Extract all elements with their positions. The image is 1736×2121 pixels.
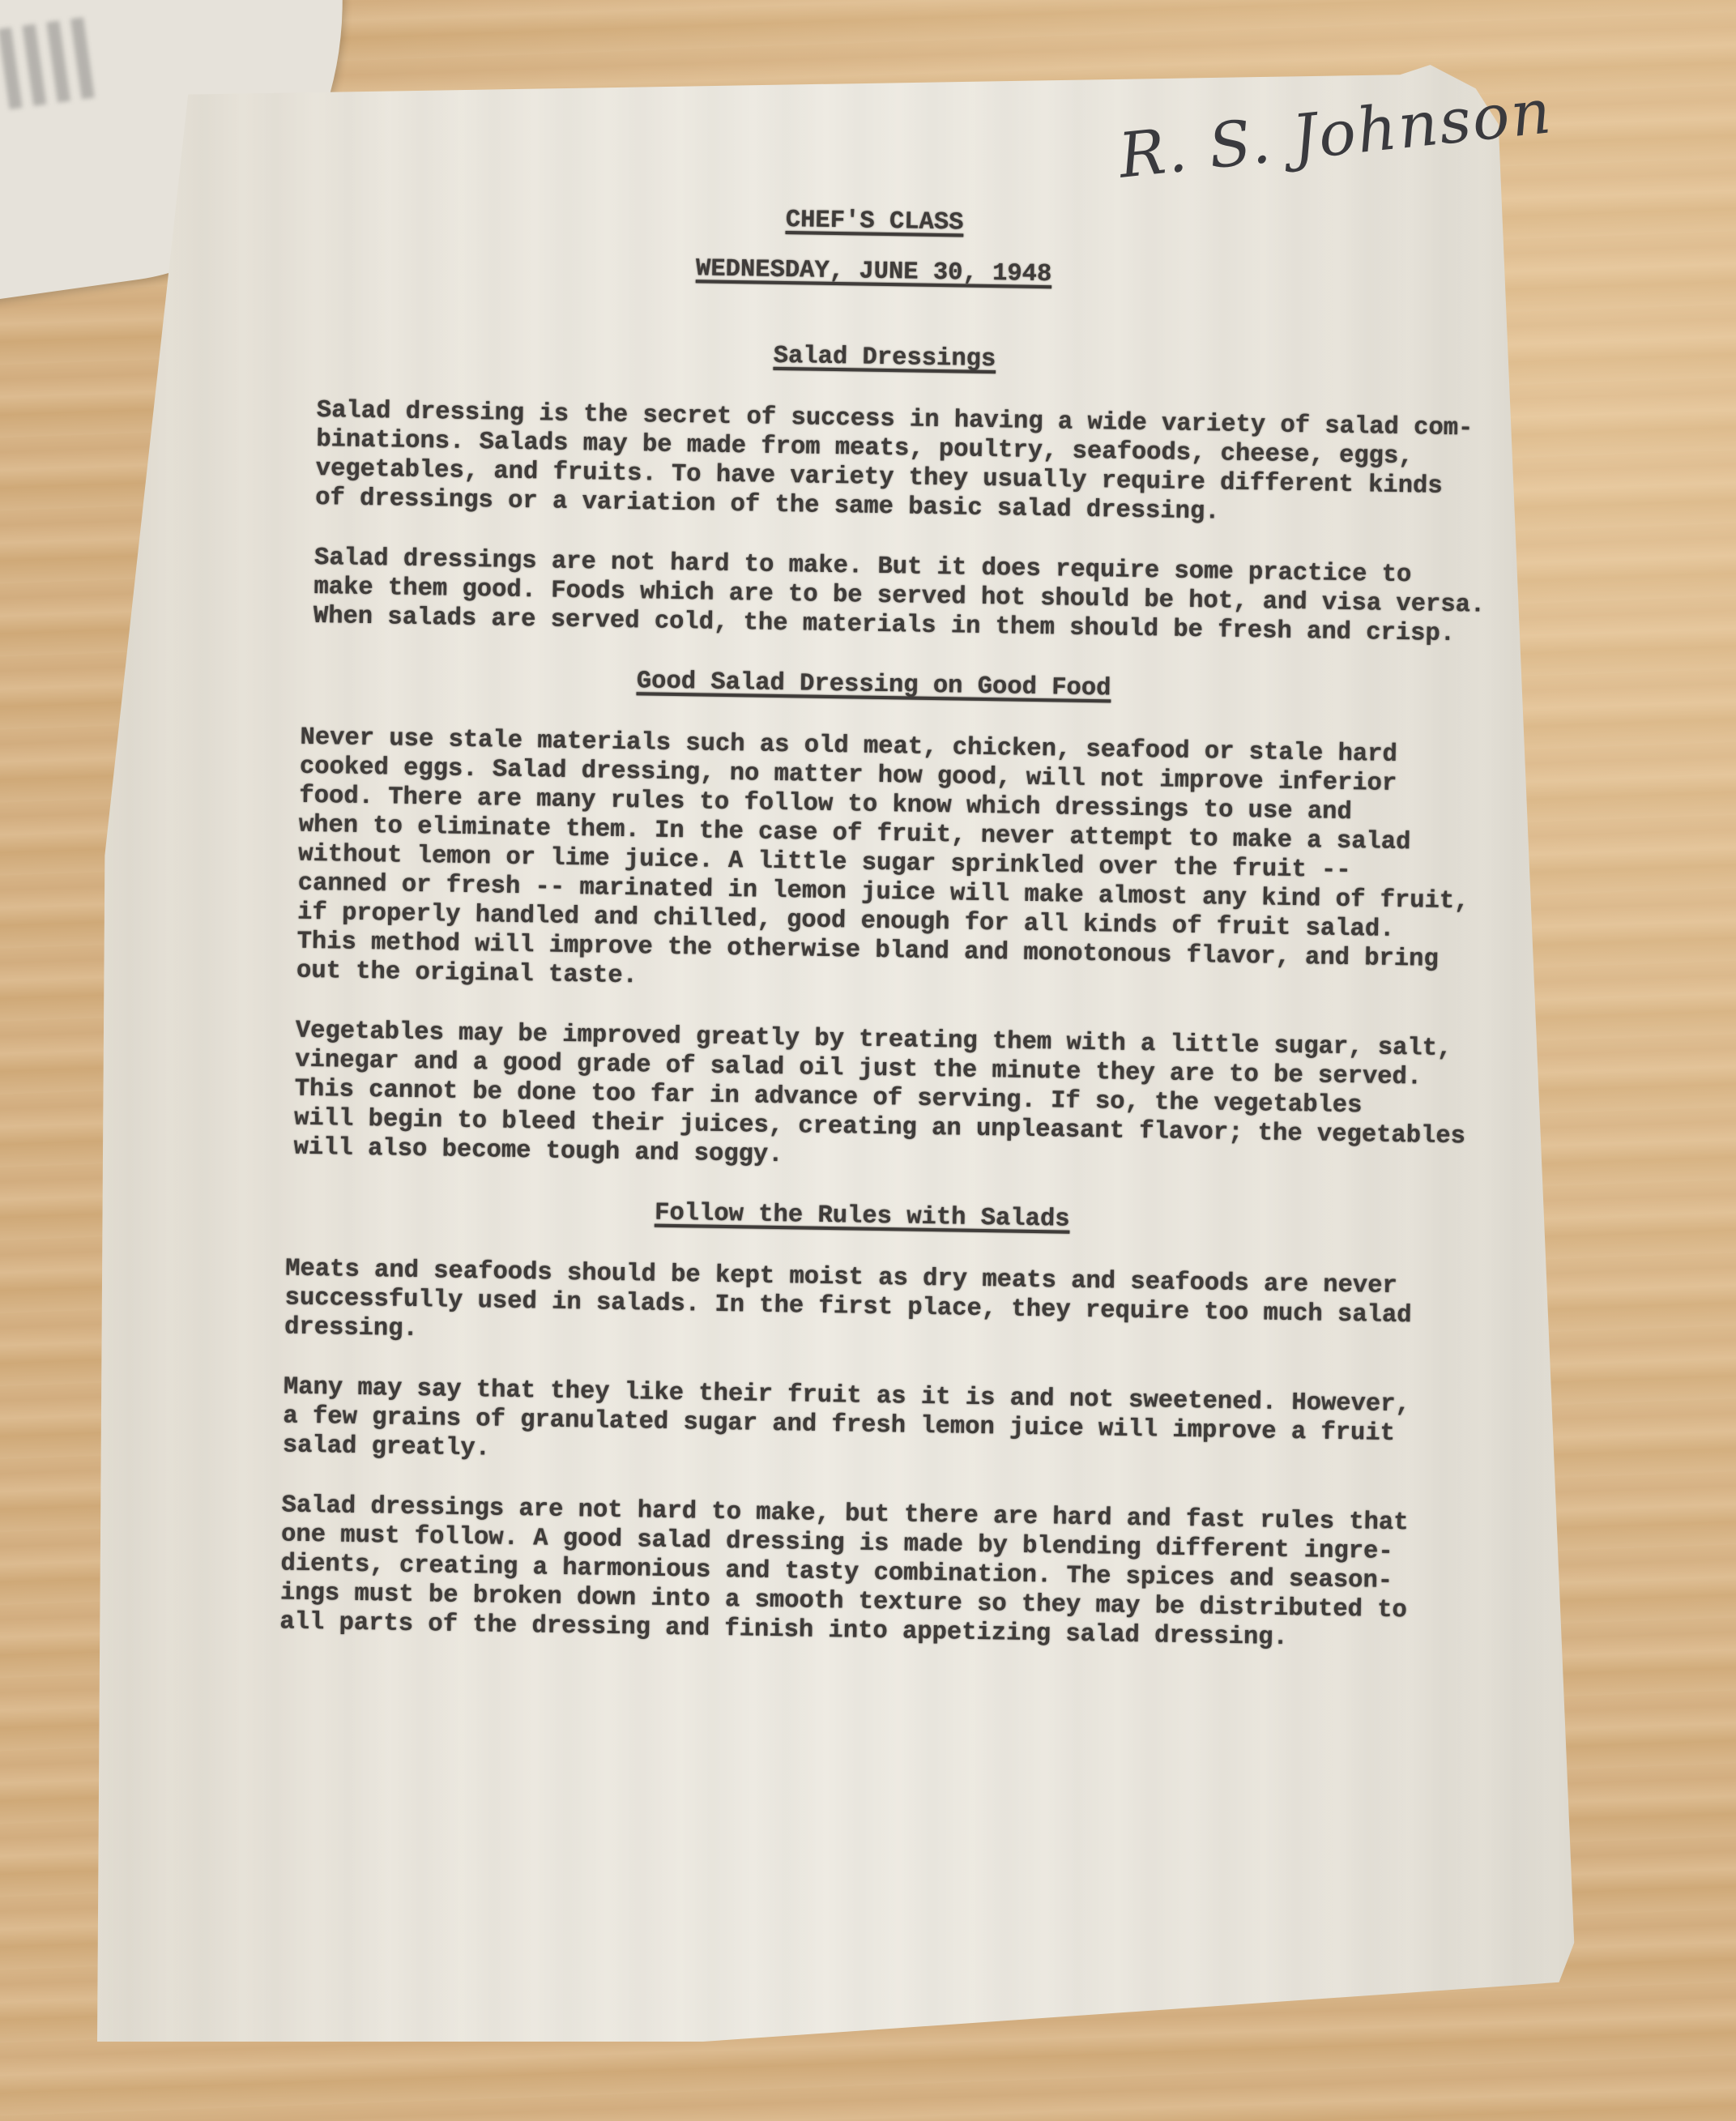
paragraph: Salad dressings are not hard to make, bu… xyxy=(279,1491,1482,1655)
section-heading: Follow the Rules with Salads xyxy=(237,1193,1486,1241)
faded-text-marks xyxy=(0,15,106,109)
section-follow-the-rules: Follow the Rules with Salads Meats and s… xyxy=(279,1193,1486,1656)
paragraph: Vegetables may be improved greatly by tr… xyxy=(293,1017,1490,1181)
section-good-salad-dressing: Good Salad Dressing on Good Food Never u… xyxy=(293,662,1495,1181)
paragraph: Many may say that they like their fruit … xyxy=(283,1372,1485,1479)
section-heading: Salad Dressings xyxy=(269,334,1500,382)
date-line: WEDNESDAY, JUNE 30, 1948 xyxy=(245,248,1501,297)
paragraph: Salad dressings are not hard to make. Bu… xyxy=(314,544,1498,650)
section-heading: Good Salad Dressing on Good Food xyxy=(252,661,1495,710)
document-body: CHEF'S CLASS WEDNESDAY, JUNE 30, 1948 Sa… xyxy=(297,198,1503,1687)
paragraph: Meats and seafoods should be kept moist … xyxy=(284,1254,1486,1360)
paragraph: Never use stale materials such as old me… xyxy=(296,723,1495,1005)
paragraph: Salad dressing is the secret of success … xyxy=(315,396,1499,531)
section-salad-dressings: Salad Dressings Salad dressing is the se… xyxy=(314,335,1501,650)
